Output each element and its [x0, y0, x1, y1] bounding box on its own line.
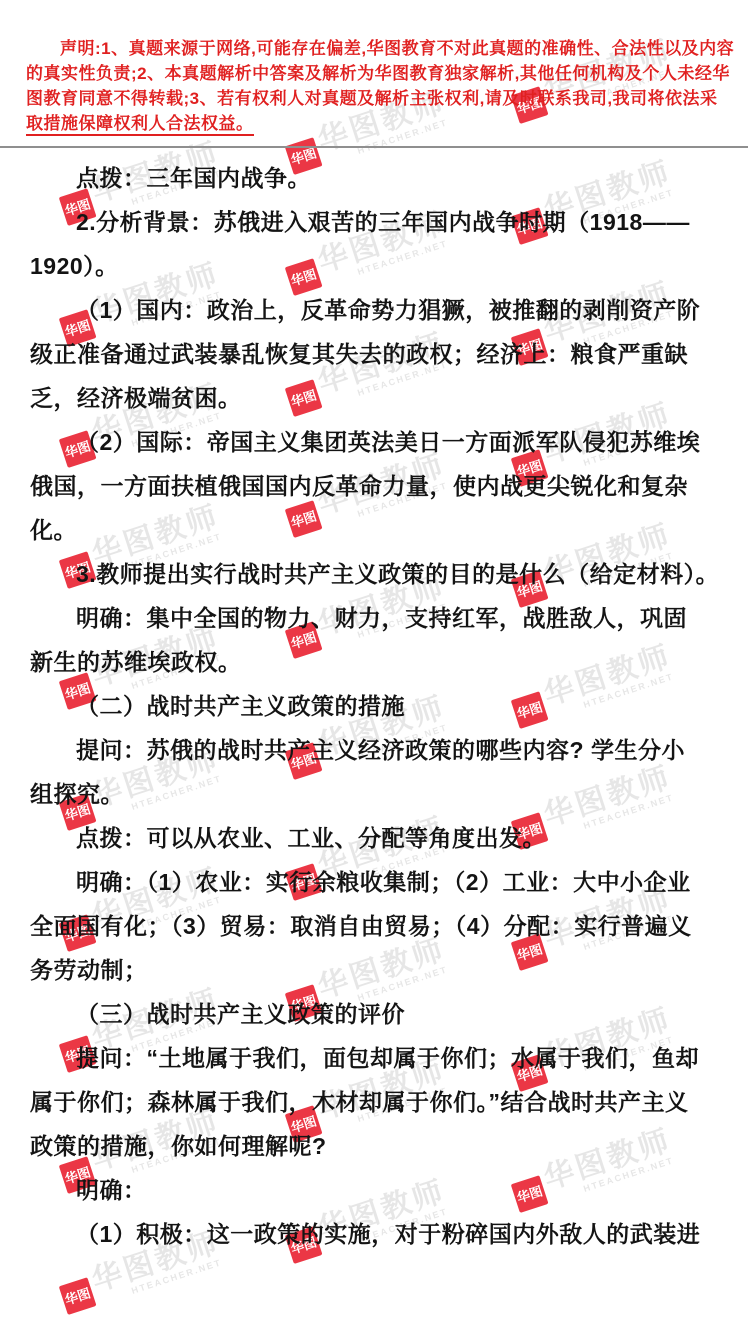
document-body: 点拨：三年国内战争。 2.分析背景：苏俄进入艰苦的三年国内战争时期（1918——…: [0, 156, 748, 1256]
text-line: 点拨：三年国内战争。: [30, 156, 718, 200]
text-line: 提问：“土地属于我们，面包却属于你们；水属于我们，鱼却: [30, 1036, 718, 1080]
text-line: （二）战时共产主义政策的措施: [30, 684, 718, 728]
text-line: 3.教师提出实行战时共产主义政策的目的是什么（给定材料）。: [30, 552, 718, 596]
text-line: 点拨：可以从农业、工业、分配等角度出发。: [30, 816, 718, 860]
text-line: 政策的措施，你如何理解呢?: [30, 1124, 718, 1168]
disclaimer-text-underlined: 取措施保障权利人合法权益。: [26, 114, 254, 136]
text-line: 务劳动制；: [30, 948, 718, 992]
text-line: 俄国，一方面扶植俄国国内反革命力量，使内战更尖锐化和复杂: [30, 464, 718, 508]
text-line: 明确：集中全国的物力、财力，支持红军，战胜敌人，巩固: [30, 596, 718, 640]
disclaimer-line: 取措施保障权利人合法权益。: [26, 111, 728, 136]
text-line: 2.分析背景：苏俄进入艰苦的三年国内战争时期（1918——: [30, 200, 718, 244]
text-line: （1）国内：政治上，反革命势力猖獗，被推翻的剥削资产阶: [30, 288, 718, 332]
text-line: 1920）。: [30, 244, 718, 288]
text-line: 新生的苏维埃政权。: [30, 640, 718, 684]
disclaimer-line: 图教育同意不得转载;3、若有权利人对真题及解析主张权利,请及时联系我司,我司将依…: [26, 86, 728, 111]
section-divider: [0, 146, 748, 148]
text-line: 全面国有化；（3）贸易：取消自由贸易；（4）分配：实行普遍义: [30, 904, 718, 948]
disclaimer-text: 1、真题来源于网络,可能存在偏差,华图教育不对此真题的准确性、合法性以及内容: [101, 39, 734, 58]
text-line: 化。: [30, 508, 718, 552]
text-line: （1）积极：这一政策的实施，对于粉碎国内外敌人的武装进: [30, 1212, 718, 1256]
text-line: 提问：苏俄的战时共产主义经济政策的哪些内容? 学生分小: [30, 728, 718, 772]
text-line: 组探究。: [30, 772, 718, 816]
disclaimer-line: 声明:1、真题来源于网络,可能存在偏差,华图教育不对此真题的准确性、合法性以及内…: [26, 36, 728, 61]
text-line: （三）战时共产主义政策的评价: [30, 992, 718, 1036]
disclaimer-notice: 声明:1、真题来源于网络,可能存在偏差,华图教育不对此真题的准确性、合法性以及内…: [26, 36, 728, 136]
watermark-url-text: HTEACHER.NET: [98, 1257, 226, 1306]
text-line: 乏，经济极端贫困。: [30, 376, 718, 420]
huatu-logo-icon: 华图: [59, 1277, 97, 1315]
text-line: 明确：（1）农业：实行余粮收集制；（2）工业：大中小企业: [30, 860, 718, 904]
text-line: 属于你们；森林属于我们，木材却属于你们。”结合战时共产主义: [30, 1080, 718, 1124]
disclaimer-label: 声明:: [60, 39, 101, 58]
text-line: 级正准备通过武装暴乱恢复其失去的政权；经济上：粮食严重缺: [30, 332, 718, 376]
text-line: 明确：: [30, 1168, 718, 1212]
disclaimer-line: 的真实性负责;2、本真题解析中答案及解析为华图教育独家解析,其他任何机构及个人未…: [26, 61, 728, 86]
text-line: （2）国际：帝国主义集团英法美日一方面派军队侵犯苏维埃: [30, 420, 718, 464]
document-page: 华图 华图教师 HTEACHER.NET 华图 华图教师 HTEACHER.NE…: [0, 0, 748, 1335]
